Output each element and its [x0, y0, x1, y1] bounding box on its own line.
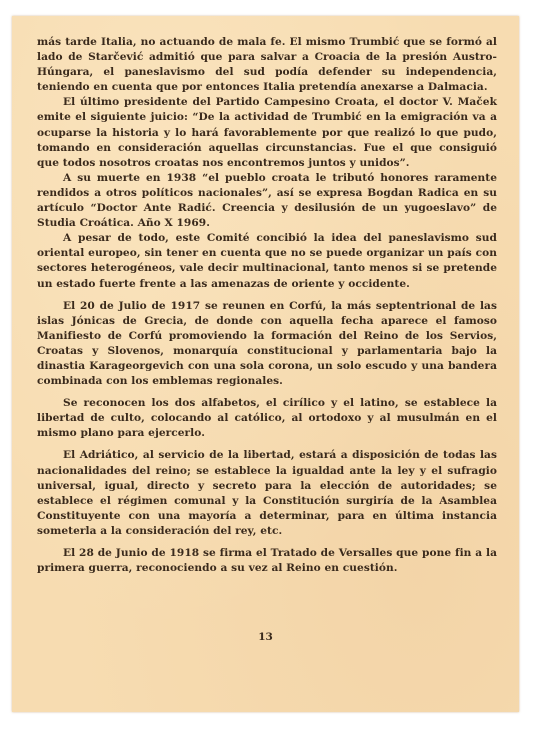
book-page: más tarde Italia, no actuando de mala fe… — [12, 16, 519, 712]
body-text: más tarde Italia, no actuando de mala fe… — [37, 35, 497, 576]
paragraph-8: El 28 de Junio de 1918 se firma el Trata… — [37, 546, 497, 576]
paragraph-2: El último presidente del Partido Campesi… — [37, 95, 497, 170]
page-number: 13 — [12, 631, 519, 643]
paragraph-1: más tarde Italia, no actuando de mala fe… — [37, 35, 497, 95]
paragraph-4: A pesar de todo, este Comité concibió la… — [37, 231, 497, 291]
paragraph-6: Se reconocen los dos alfabetos, el ciríl… — [37, 396, 497, 441]
paragraph-5: El 20 de Julio de 1917 se reunen en Corf… — [37, 299, 497, 390]
paragraph-3: A su muerte en 1938 “el pueblo croata le… — [37, 171, 497, 231]
paragraph-7: El Adriático, al servicio de la libertad… — [37, 448, 497, 539]
